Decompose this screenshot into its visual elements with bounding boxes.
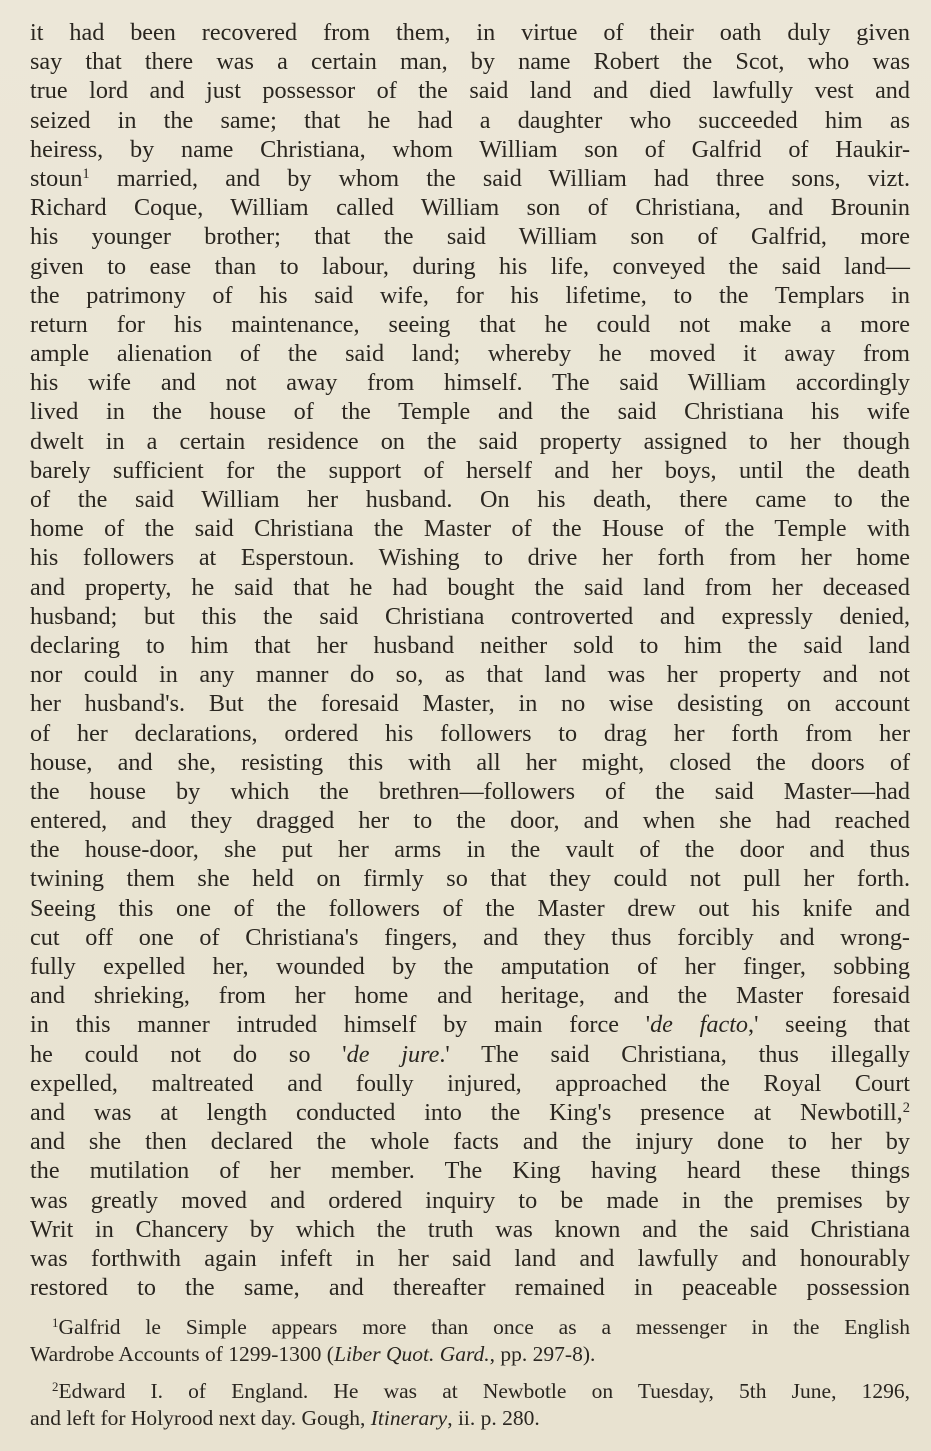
text-line: declaring to him that her husband neithe… — [30, 631, 910, 660]
footnote-line: and left for Holyrood next day. Gough, I… — [30, 1405, 910, 1432]
text-line: restored to the same, and thereafter rem… — [30, 1273, 910, 1302]
text-line: return for his maintenance, seeing that … — [30, 310, 910, 339]
footnotes-block: 1Galfrid le Simple appears more than onc… — [30, 1314, 910, 1432]
text-line: dwelt in a certain residence on the said… — [30, 427, 910, 456]
text-line: in this manner intruded himself by main … — [30, 1010, 910, 1039]
text-line: say that there was a certain man, by nam… — [30, 47, 910, 76]
book-page: it had been recovered from them, in virt… — [0, 0, 931, 1451]
text-line: ample alienation of the said land; where… — [30, 339, 910, 368]
text-line: the house by which the brethren—follower… — [30, 777, 910, 806]
text-line: house, and she, resisting this with all … — [30, 748, 910, 777]
text-line: twining them she held on firmly so that … — [30, 864, 910, 893]
text-line: stoun1 married, and by whom the said Wil… — [30, 164, 910, 193]
text-line: of the said William her husband. On his … — [30, 485, 910, 514]
footnote-2: 2Edward I. of England. He was at Newbotl… — [30, 1378, 910, 1432]
text-line: heiress, by name Christiana, whom Willia… — [30, 135, 910, 164]
italic-phrase: de facto — [650, 1011, 748, 1038]
text-line: Richard Coque, William called William so… — [30, 193, 910, 222]
main-text-block: it had been recovered from them, in virt… — [30, 18, 910, 1302]
text-line: her husband's. But the foresaid Master, … — [30, 689, 910, 718]
text-line: he could not do so 'de jure.' The said C… — [30, 1040, 910, 1069]
italic-phrase: Itinerary — [371, 1406, 447, 1430]
text-line: nor could in any manner do so, as that l… — [30, 660, 910, 689]
text-line: it had been recovered from them, in virt… — [30, 18, 910, 47]
text-line: his younger brother; that the said Willi… — [30, 222, 910, 251]
text-line: true lord and just possessor of the said… — [30, 76, 910, 105]
footnote-line: 2Edward I. of England. He was at Newbotl… — [30, 1378, 910, 1405]
text-line: the mutilation of her member. The King h… — [30, 1156, 910, 1185]
text-line: was greatly moved and ordered inquiry to… — [30, 1186, 910, 1215]
text-line: the house-door, she put her arms in the … — [30, 835, 910, 864]
text-line: given to ease than to labour, during his… — [30, 252, 910, 281]
text-line: barely sufficient for the support of her… — [30, 456, 910, 485]
text-line: his wife and not away from himself. The … — [30, 368, 910, 397]
text-line: and was at length conducted into the Kin… — [30, 1098, 910, 1127]
text-line: expelled, maltreated and foully injured,… — [30, 1069, 910, 1098]
text-line: and she then declared the whole facts an… — [30, 1127, 910, 1156]
text-line: was forthwith again infeft in her said l… — [30, 1244, 910, 1273]
text-line: home of the said Christiana the Master o… — [30, 514, 910, 543]
text-line: Seeing this one of the followers of the … — [30, 894, 910, 923]
text-line: of her declarations, ordered his followe… — [30, 719, 910, 748]
footnote-line: Wardrobe Accounts of 1299-1300 (Liber Qu… — [30, 1341, 910, 1368]
text-line: the patrimony of his said wife, for his … — [30, 281, 910, 310]
text-line: his followers at Esperstoun. Wishing to … — [30, 543, 910, 572]
footnote-1: 1Galfrid le Simple appears more than onc… — [30, 1314, 910, 1368]
italic-phrase: de jure — [347, 1041, 440, 1068]
footnote-marker: 2 — [52, 1380, 58, 1394]
text-line: seized in the same; that he had a daught… — [30, 106, 910, 135]
text-line: Writ in Chancery by which the truth was … — [30, 1215, 910, 1244]
text-line: and shrieking, from her home and heritag… — [30, 981, 910, 1010]
text-line: and property, he said that he had bought… — [30, 573, 910, 602]
text-line: lived in the house of the Temple and the… — [30, 397, 910, 426]
italic-phrase: Liber Quot. Gard. — [334, 1342, 490, 1366]
footnote-marker: 1 — [52, 1316, 58, 1330]
text-line: cut off one of Christiana's fingers, and… — [30, 923, 910, 952]
text-line: fully expelled her, wounded by the amput… — [30, 952, 910, 981]
text-line: entered, and they dragged her to the doo… — [30, 806, 910, 835]
text-line: husband; but this the said Christiana co… — [30, 602, 910, 631]
footnote-reference: 2 — [903, 1100, 910, 1116]
footnote-spacer — [30, 1368, 910, 1378]
footnote-reference: 1 — [82, 166, 89, 182]
footnote-line: 1Galfrid le Simple appears more than onc… — [30, 1314, 910, 1341]
